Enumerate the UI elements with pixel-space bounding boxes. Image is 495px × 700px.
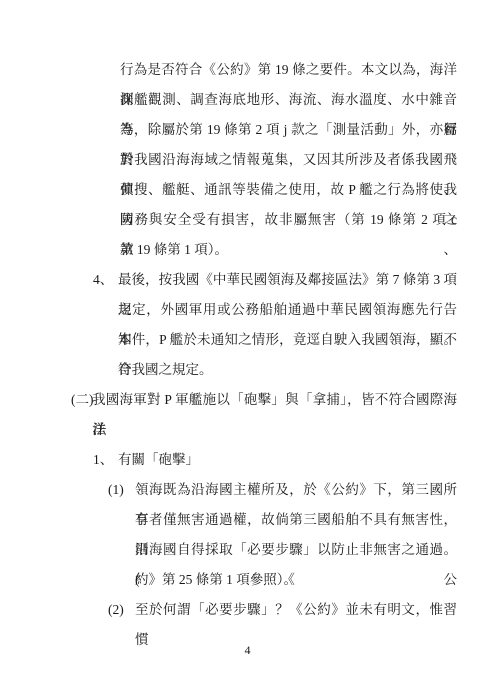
text-line: 行為是否符合《公約》第 19 條之要件。本文以為，海洋探 bbox=[71, 55, 457, 85]
numbered-item-1: 1、有關「砲擊」 bbox=[71, 445, 457, 475]
text-line: 4、最後，按我國《中華民國領海及鄰接區法》第 7 條第 3 項之 bbox=[71, 265, 457, 295]
page-number: 4 bbox=[0, 641, 495, 659]
text-line: 測艦觀測、調查海底地形、海流、海水溫度、水中雜音等行 bbox=[71, 85, 457, 115]
numbered-item-4: 4、最後，按我國《中華民國領海及鄰接區法》第 7 條第 3 項之規定，外國軍用或… bbox=[71, 265, 457, 385]
text-line: (2)至於何謂「必要步驟」？《公約》並未有明文，惟習慣 bbox=[71, 595, 457, 625]
text-line: 防務與安全受有損害，故非屬無害（第 19 條第 2 項 c 款、 bbox=[71, 205, 457, 235]
text-line: 規定，外國軍用或公務船舶通過中華民國領海應先行告知。 bbox=[71, 295, 457, 325]
line-text: 有關「砲擊」 bbox=[118, 445, 457, 475]
text-line: 沿海國自得採取「必要步驟」以防止非無害之通過。(《公 bbox=[71, 535, 457, 565]
item3-continuation-paragraph: 行為是否符合《公約》第 19 條之要件。本文以為，海洋探測艦觀測、調查海底地形、… bbox=[71, 55, 457, 265]
sub-item-1: (1)領海既為沿海國主權所及，於《公約》下，第三國所享有者僅無害通過權，故倘第三… bbox=[71, 475, 457, 595]
text-line: (1)領海既為沿海國主權所及，於《公約》下，第三國所享 bbox=[71, 475, 457, 505]
sub-item-2: (2)至於何謂「必要步驟」？《公約》並未有明文，惟習慣 bbox=[71, 595, 457, 625]
text-line: 偵搜、艦艇、通訊等裝備之使用，故 P 艦之行為將使我國之 bbox=[71, 175, 457, 205]
item-number-label: 4、 bbox=[93, 265, 118, 295]
text-line: 於我國沿海海域之情報蒐集，又因其所涉及者係我國飛彈、 bbox=[71, 145, 457, 175]
text-line: (二)我國海軍對 P 軍艦施以「砲擊」與「拿捕」，皆不符合國際海洋 bbox=[71, 385, 457, 415]
text-line: 合我國之規定。 bbox=[71, 355, 457, 385]
item-number-label: (2) bbox=[108, 595, 135, 625]
page-body: 行為是否符合《公約》第 19 條之要件。本文以為，海洋探測艦觀測、調查海底地形、… bbox=[71, 55, 457, 625]
text-line: 有者僅無害通過權，故倘第三國船舶不具有無害性，則 bbox=[71, 505, 457, 535]
item-number-label: 1、 bbox=[93, 445, 118, 475]
section-heading-2: (二)我國海軍對 P 軍艦施以「砲擊」與「拿捕」，皆不符合國際海洋法 bbox=[71, 385, 457, 445]
section-label: (二) bbox=[71, 385, 92, 415]
line-text: 我國海軍對 P 軍艦施以「砲擊」與「拿捕」，皆不符合國際海洋 bbox=[92, 385, 457, 445]
item-number-label: (1) bbox=[108, 475, 135, 505]
text-line: 為，除屬於第 19 條第 2 項 j 款之「測量活動」外，亦屬對 bbox=[71, 115, 457, 145]
document-page: 行為是否符合《公約》第 19 條之要件。本文以為，海洋探測艦觀測、調查海底地形、… bbox=[0, 0, 495, 700]
text-line: 本件，P 艦於未通知之情形，竟逕自駛入我國領海，顯不符 bbox=[71, 325, 457, 355]
text-line: 1、有關「砲擊」 bbox=[71, 445, 457, 475]
